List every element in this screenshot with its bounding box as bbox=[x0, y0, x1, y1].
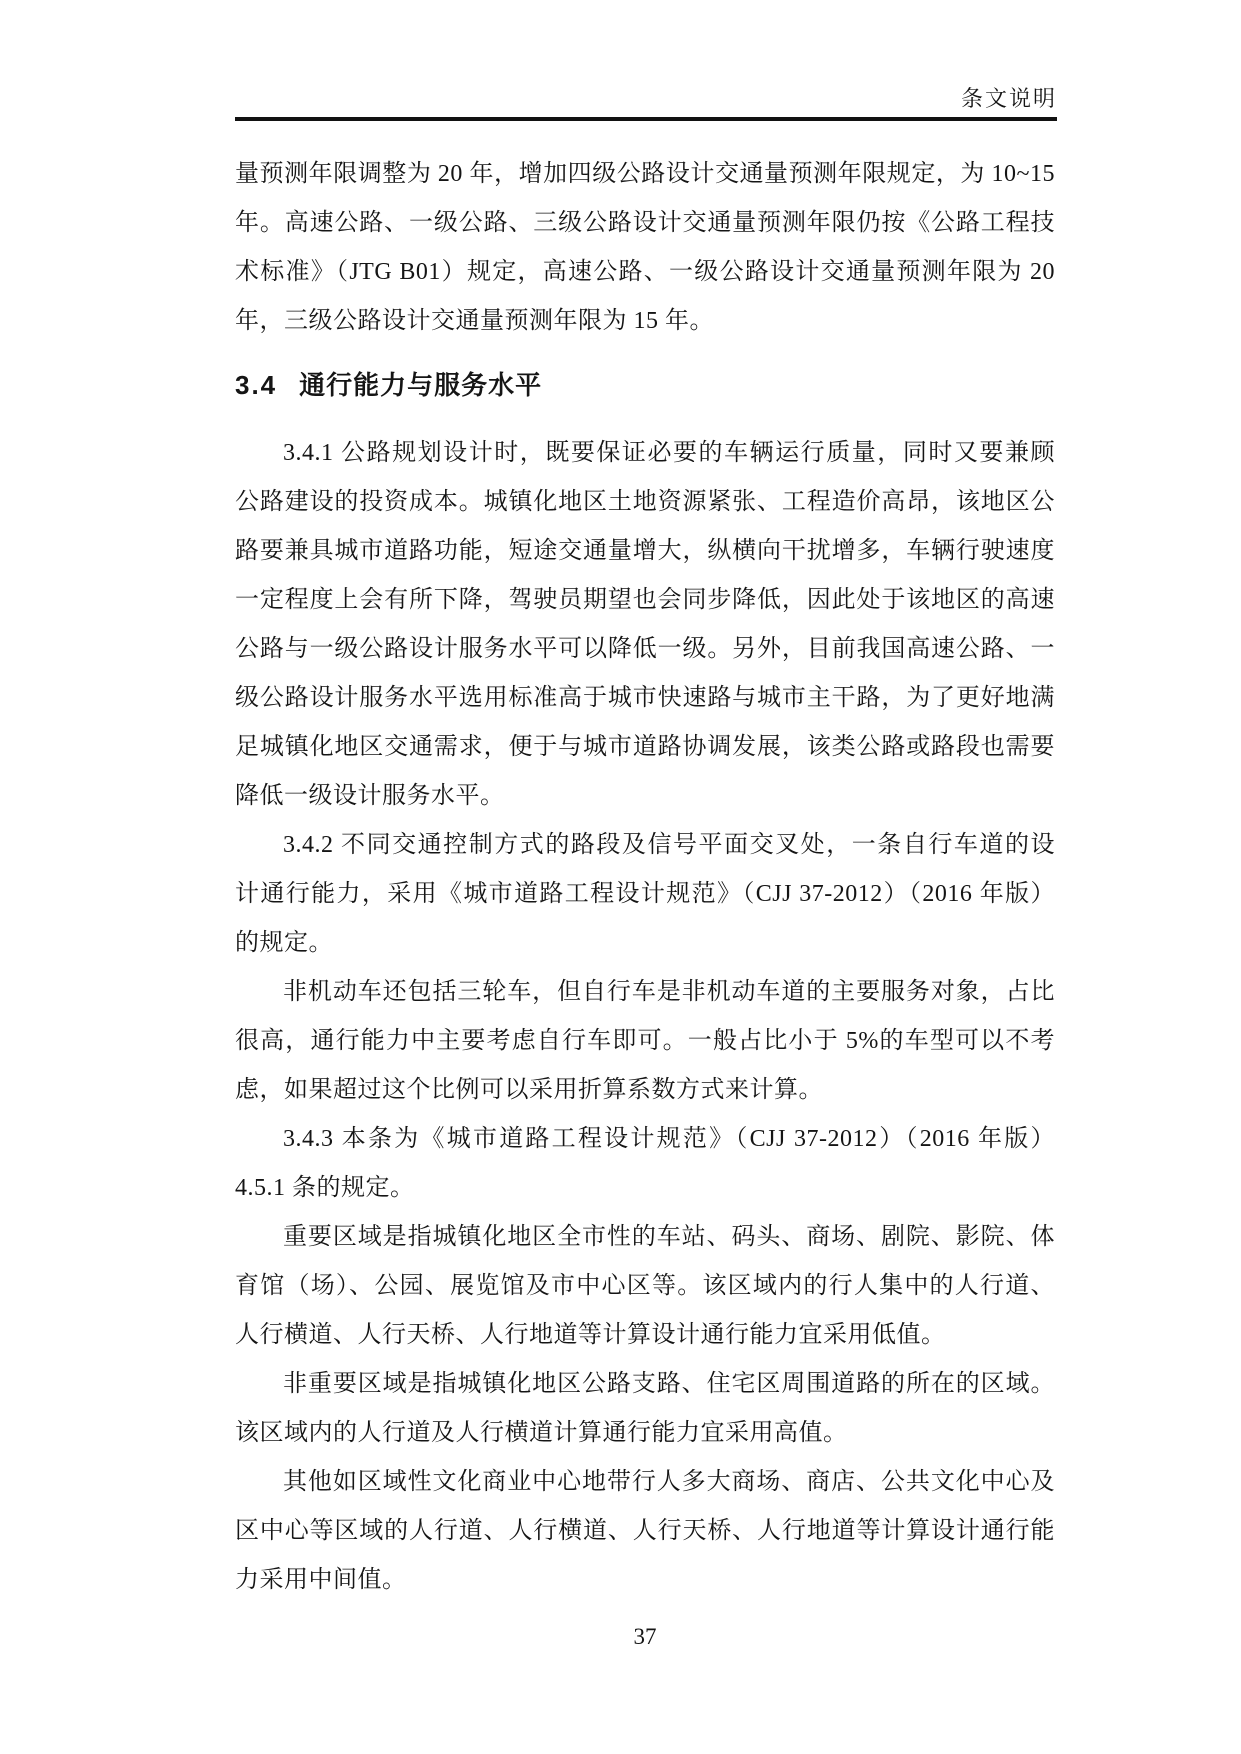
document-body: 量预测年限调整为 20 年，增加四级公路设计交通量预测年限规定，为 10~15年… bbox=[235, 150, 1055, 1605]
text-line: 降低一级设计服务水平。 bbox=[235, 772, 1055, 821]
text-line: 年，三级公路设计交通量预测年限为 15 年。 bbox=[235, 297, 1055, 346]
text-line: 4.5.1 条的规定。 bbox=[235, 1164, 1055, 1213]
text-line: 3.4.2 不同交通控制方式的路段及信号平面交叉处，一条自行车道的设 bbox=[235, 821, 1055, 870]
text-line: 很高，通行能力中主要考虑自行车即可。一般占比小于 5%的车型可以不考 bbox=[235, 1017, 1055, 1066]
text-line: 一定程度上会有所下降，驾驶员期望也会同步降低，因此处于该地区的高速 bbox=[235, 576, 1055, 625]
paragraph: 3.4.3 本条为《城市道路工程设计规范》（CJJ 37-2012）（2016 … bbox=[235, 1115, 1055, 1213]
running-header: 条文说明 bbox=[235, 84, 1057, 114]
page-number: 37 bbox=[235, 1622, 1055, 1652]
text-line: 非机动车还包括三轮车，但自行车是非机动车道的主要服务对象，占比 bbox=[235, 968, 1055, 1017]
text-line: 该区域内的人行道及人行横道计算通行能力宜采用高值。 bbox=[235, 1409, 1055, 1458]
text-line: 3.4.1 公路规划设计时，既要保证必要的车辆运行质量，同时又要兼顾 bbox=[235, 429, 1055, 478]
section-number: 3.4 bbox=[235, 370, 277, 400]
paragraph: 量预测年限调整为 20 年，增加四级公路设计交通量预测年限规定，为 10~15年… bbox=[235, 150, 1055, 346]
text-line: 术标准》（JTG B01）规定，高速公路、一级公路设计交通量预测年限为 20 bbox=[235, 248, 1055, 297]
text-line: 公路与一级公路设计服务水平可以降低一级。另外，目前我国高速公路、一 bbox=[235, 625, 1055, 674]
text-line: 力采用中间值。 bbox=[235, 1556, 1055, 1605]
text-line: 量预测年限调整为 20 年，增加四级公路设计交通量预测年限规定，为 10~15 bbox=[235, 150, 1055, 199]
text-line: 其他如区域性文化商业中心地带行人多大商场、商店、公共文化中心及 bbox=[235, 1458, 1055, 1507]
text-line: 的规定。 bbox=[235, 919, 1055, 968]
text-line: 公路建设的投资成本。城镇化地区土地资源紧张、工程造价高昂，该地区公 bbox=[235, 478, 1055, 527]
text-line: 重要区域是指城镇化地区全市性的车站、码头、商场、剧院、影院、体 bbox=[235, 1213, 1055, 1262]
text-line: 计通行能力，采用《城市道路工程设计规范》（CJJ 37-2012）（2016 年… bbox=[235, 870, 1055, 919]
text-line: 区中心等区域的人行道、人行横道、人行天桥、人行地道等计算设计通行能 bbox=[235, 1507, 1055, 1556]
paragraph: 3.4.1 公路规划设计时，既要保证必要的车辆运行质量，同时又要兼顾公路建设的投… bbox=[235, 429, 1055, 821]
text-line: 路要兼具城市道路功能，短途交通量增大，纵横向干扰增多，车辆行驶速度 bbox=[235, 527, 1055, 576]
paragraph: 其他如区域性文化商业中心地带行人多大商场、商店、公共文化中心及区中心等区域的人行… bbox=[235, 1458, 1055, 1605]
header-rule bbox=[235, 117, 1057, 121]
text-line: 足城镇化地区交通需求，便于与城市道路协调发展，该类公路或路段也需要 bbox=[235, 723, 1055, 772]
section-title: 通行能力与服务水平 bbox=[299, 370, 542, 400]
paragraph: 重要区域是指城镇化地区全市性的车站、码头、商场、剧院、影院、体育馆（场）、公园、… bbox=[235, 1213, 1055, 1360]
text-line: 非重要区域是指城镇化地区公路支路、住宅区周围道路的所在的区域。 bbox=[235, 1360, 1055, 1409]
text-line: 虑，如果超过这个比例可以采用折算系数方式来计算。 bbox=[235, 1066, 1055, 1115]
section-heading: 3.4通行能力与服务水平 bbox=[235, 361, 1055, 410]
paragraph: 非机动车还包括三轮车，但自行车是非机动车道的主要服务对象，占比很高，通行能力中主… bbox=[235, 968, 1055, 1115]
paragraph: 3.4.2 不同交通控制方式的路段及信号平面交叉处，一条自行车道的设计通行能力，… bbox=[235, 821, 1055, 968]
paragraph: 非重要区域是指城镇化地区公路支路、住宅区周围道路的所在的区域。该区域内的人行道及… bbox=[235, 1360, 1055, 1458]
text-line: 3.4.3 本条为《城市道路工程设计规范》（CJJ 37-2012）（2016 … bbox=[235, 1115, 1055, 1164]
text-line: 人行横道、人行天桥、人行地道等计算设计通行能力宜采用低值。 bbox=[235, 1311, 1055, 1360]
text-line: 级公路设计服务水平选用标准高于城市快速路与城市主干路，为了更好地满 bbox=[235, 674, 1055, 723]
document-page: 条文说明 量预测年限调整为 20 年，增加四级公路设计交通量预测年限规定，为 1… bbox=[0, 0, 1241, 1754]
text-line: 年。高速公路、一级公路、三级公路设计交通量预测年限仍按《公路工程技 bbox=[235, 199, 1055, 248]
text-line: 育馆（场）、公园、展览馆及市中心区等。该区域内的行人集中的人行道、 bbox=[235, 1262, 1055, 1311]
